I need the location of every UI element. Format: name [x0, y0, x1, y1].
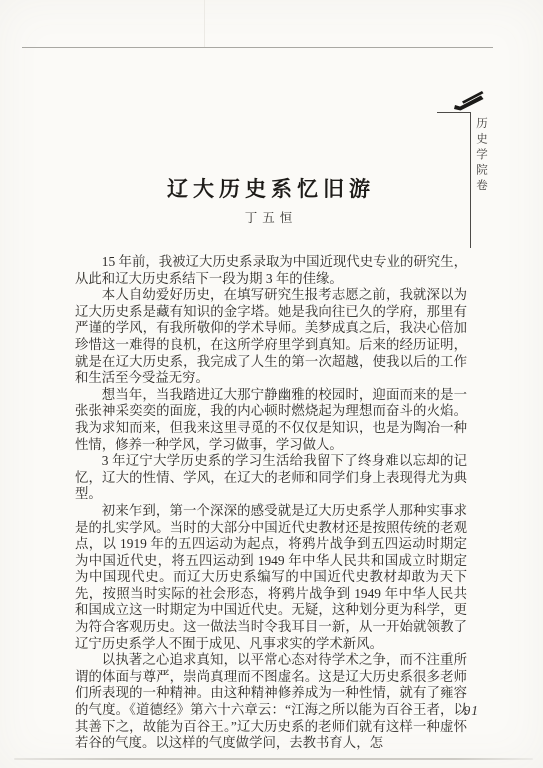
pen-nib-icon [453, 89, 485, 112]
scan-crease [204, 0, 205, 47]
bottom-edge-shadow [14, 758, 533, 760]
paragraph: 15 年前，我被辽大历史系录取为中国近现代史专业的研究生，从此和辽大历史系结下一… [75, 254, 467, 287]
paragraph: 初来乍到，第一个深深的感受就是辽大历史系学人那种实事求是的扎实学风。当时的大部分… [75, 503, 467, 652]
paragraph: 本人自幼爱好历史，在填写研究生报考志愿之前，我就深以为辽大历史系是藏有知识的金字… [75, 287, 467, 387]
top-rule [22, 47, 493, 48]
paragraph: 3 年辽宁大学历史系的学习生活给我留下了终身难以忘却的记忆，辽大的性情、学风，在… [75, 453, 467, 503]
page-number: 91 [464, 703, 480, 719]
article-body: 15 年前，我被辽大历史系录取为中国近现代史专业的研究生，从此和辽大历史系结下一… [75, 254, 467, 752]
paragraph: 想当年，当我踏进辽大那宁静幽雅的校园时，迎面而来的是一张张神采奕奕的面庞，我的内… [75, 387, 467, 453]
volume-tab-label: 历史学院卷 [473, 117, 489, 195]
paragraph: 以执著之心追求真知，以平常心态对待学术之争，而不注重所谓的体面与尊严，崇尚真理而… [75, 652, 467, 752]
article-author: 丁五恒 [75, 208, 467, 226]
book-page: 历史学院卷 辽大历史系忆旧游 丁五恒 15 年前，我被辽大历史系录取为中国近现代… [0, 0, 543, 768]
article-title: 辽大历史系忆旧游 [75, 173, 467, 203]
